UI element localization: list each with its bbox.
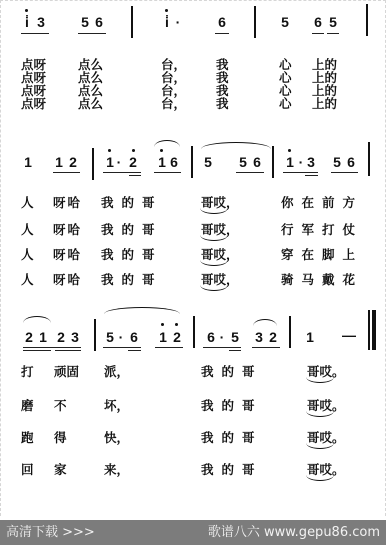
bar-line: [254, 6, 256, 38]
lyric: 呀哈: [53, 273, 82, 286]
lyric: 派，: [104, 365, 129, 378]
bar-line: [94, 319, 96, 351]
tie: [201, 142, 271, 149]
eighth-underline: [236, 172, 264, 173]
note: 2: [67, 154, 79, 170]
lyric-slur: [200, 208, 228, 214]
dot: ·: [115, 154, 123, 170]
lyric-slur: [306, 475, 334, 481]
lyric: 我的哥: [201, 463, 263, 476]
high-octave-dot: [108, 149, 111, 152]
lyric: 来，: [104, 463, 129, 476]
lyric-slur: [306, 443, 334, 449]
eighth-underline: [283, 172, 318, 173]
high-octave-dot: [175, 323, 178, 326]
lyric: 我的哥: [201, 365, 263, 378]
lyric: 点呀: [21, 97, 46, 110]
high-octave-dot: [161, 323, 164, 326]
lyric: 家: [54, 463, 67, 476]
note: 1: [53, 154, 65, 170]
note: 5: [327, 14, 339, 30]
slur: [253, 319, 277, 326]
site-link[interactable]: 歌谱八六 www.gepu86.com: [208, 520, 380, 545]
footer-bar: 高清下载 >>> 歌谱八六 www.gepu86.com: [0, 520, 386, 545]
lyric: 磨: [21, 399, 34, 412]
lyric-slur: [200, 285, 228, 291]
high-octave-dot: [25, 9, 28, 12]
note: i̇: [161, 14, 173, 30]
lyric-slur: [306, 411, 334, 417]
lyric-slur: [306, 377, 334, 383]
sixteenth-underline: [129, 175, 141, 176]
dot: ·: [173, 14, 183, 30]
lyric: 跑: [21, 431, 34, 444]
note: 6: [345, 154, 357, 170]
note: 2: [23, 329, 35, 345]
note: 3: [35, 14, 47, 30]
sixteenth-underline: [327, 33, 339, 34]
lyric: 不: [54, 399, 67, 412]
eighth-underline: [103, 172, 141, 173]
lyric: 上的: [312, 97, 337, 110]
final-barline-thin: [368, 310, 370, 350]
sixteenth-underline: [312, 33, 324, 34]
eighth-underline: [103, 347, 141, 348]
dot: ·: [116, 329, 126, 345]
note: 6: [205, 329, 217, 345]
note: 5: [331, 154, 343, 170]
final-barline-thick: [372, 310, 376, 350]
eighth-underline: [21, 33, 49, 34]
lyric: 台，: [161, 97, 186, 110]
note: 1: [23, 154, 33, 170]
lyric: 我的哥: [201, 399, 263, 412]
lyric: 人: [21, 223, 34, 236]
high-octave-dot: [288, 149, 291, 152]
lyric: 人: [21, 248, 34, 261]
lyric: 人: [21, 273, 34, 286]
lyric: 我的哥: [101, 273, 163, 286]
note: 2: [127, 154, 139, 170]
note: 6: [216, 14, 228, 30]
lyric: 我的哥: [201, 431, 263, 444]
note: 5: [237, 154, 249, 170]
lyric: 顽固: [54, 365, 79, 378]
note: 3: [305, 154, 317, 170]
bar-line: [289, 316, 291, 348]
lyric: 点么: [78, 97, 103, 110]
lyric: 快，: [104, 431, 129, 444]
note: 1: [156, 154, 168, 170]
lyric: 呀哈: [53, 196, 82, 209]
lyric: 穿在脚上: [281, 248, 363, 261]
lyric: 回: [21, 463, 34, 476]
note: 5: [104, 329, 116, 345]
lyric: 我的哥: [101, 248, 163, 261]
lyric: 心: [279, 97, 292, 110]
note: 5: [229, 329, 241, 345]
note: 6: [93, 14, 105, 30]
music-score-sheet: i̇ 3 5 6 i̇ · 6 5 6 5 点呀 点么 台， 我 心 上的 点呀…: [0, 0, 386, 516]
eighth-underline: [203, 347, 241, 348]
lyric: 呀哈: [53, 223, 82, 236]
bar-line: [131, 6, 133, 38]
slur: [23, 316, 51, 323]
slur: [154, 140, 180, 147]
lyric: 坏，: [104, 399, 129, 412]
high-octave-dot: [132, 149, 135, 152]
note: 6: [312, 14, 324, 30]
lyric-slur: [200, 235, 228, 241]
eighth-underline: [23, 347, 81, 348]
note: 2: [171, 329, 183, 345]
bar-line: [193, 316, 195, 348]
sixteenth-underline: [128, 350, 141, 351]
sixteenth-underline: [229, 350, 241, 351]
sixteenth-underline: [55, 350, 81, 351]
hd-download-link[interactable]: 高清下载 >>>: [6, 520, 95, 545]
eighth-underline: [215, 33, 229, 34]
lyric: 打: [21, 365, 34, 378]
note: 2: [55, 329, 67, 345]
lyric: 人: [21, 196, 34, 209]
note: 1: [284, 154, 296, 170]
high-octave-dot: [165, 9, 168, 12]
eighth-underline: [154, 172, 181, 173]
lyric: 呀哈: [53, 248, 82, 261]
bar-line: [368, 142, 370, 176]
bar-line: [272, 146, 274, 178]
dot: ·: [217, 329, 227, 345]
note: 6: [168, 154, 180, 170]
note: i̇: [21, 14, 33, 30]
sixteenth-underline: [305, 175, 318, 176]
note: 1: [304, 329, 316, 345]
high-octave-dot: [160, 149, 163, 152]
sixteenth-underline: [23, 350, 51, 351]
note: 5: [79, 14, 91, 30]
note: 1: [157, 329, 169, 345]
lyric: 骑马戴花: [281, 273, 363, 286]
eighth-underline: [155, 347, 183, 348]
note: 2: [267, 329, 279, 345]
note: 3: [253, 329, 265, 345]
note: 6: [251, 154, 263, 170]
sustain-dash: —: [339, 327, 359, 343]
lyric-slur: [200, 260, 228, 266]
bar-line: [191, 146, 193, 178]
eighth-underline: [331, 172, 358, 173]
note: 6: [128, 329, 140, 345]
note: 3: [69, 329, 81, 345]
bar-line: [92, 148, 94, 180]
note: 1: [37, 329, 49, 345]
lyric: 得: [54, 431, 67, 444]
note: 5: [202, 154, 214, 170]
lyric: 我的哥: [101, 196, 163, 209]
slur: [104, 307, 180, 314]
lyric: 我的哥: [101, 223, 163, 236]
bar-line: [366, 4, 368, 36]
note: 5: [279, 14, 291, 30]
lyric: 我: [216, 97, 229, 110]
lyric: 你在前方: [281, 196, 363, 209]
lyric: 行军打仗: [281, 223, 363, 236]
eighth-underline: [53, 172, 80, 173]
eighth-underline: [252, 347, 280, 348]
eighth-underline: [78, 33, 106, 34]
